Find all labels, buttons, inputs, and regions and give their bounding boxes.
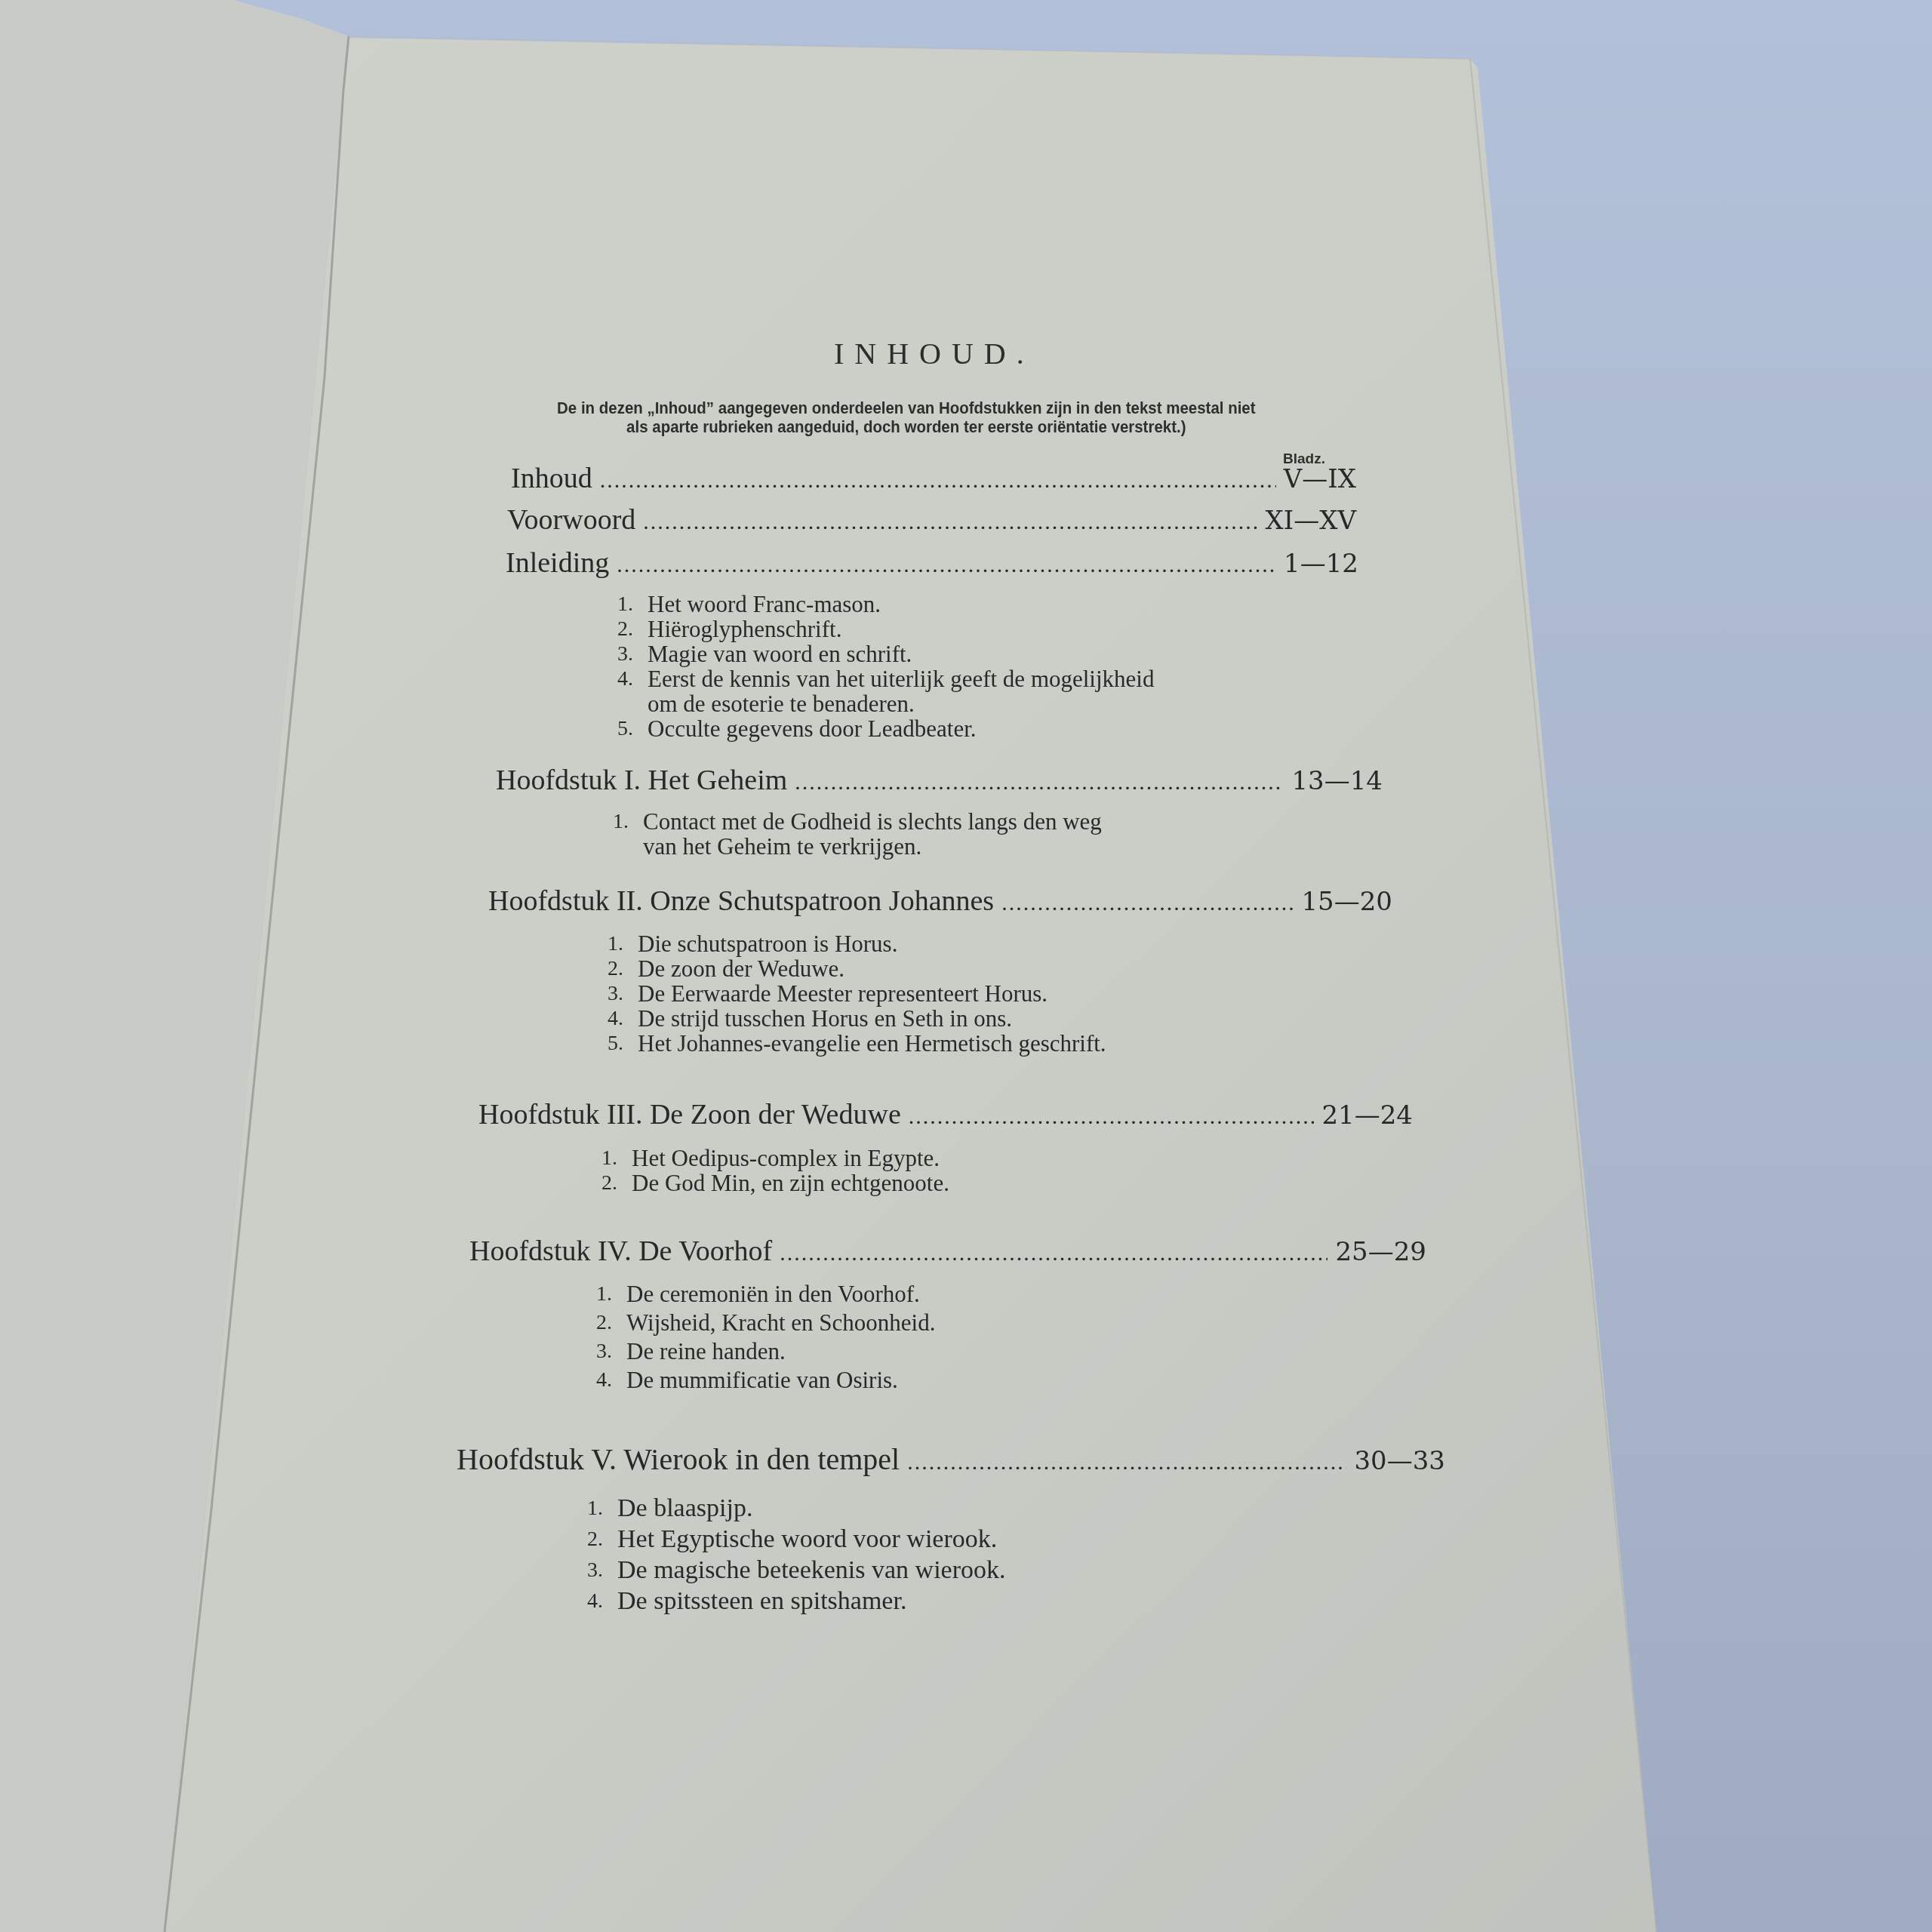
toc-entry-chapter-3: Hoofdstuk III. De Zoon der Weduwe 21—24 <box>478 1098 1413 1131</box>
toc-entry-title: Hoofdstuk II. Onze Schutspatroon Johanne… <box>488 884 994 918</box>
toc-entry-pages: 13—14 <box>1291 766 1383 796</box>
toc-subitem: 3.Magie van woord en schrift. <box>617 641 1154 666</box>
toc-subitem: 1.Het woord Franc-mason. <box>617 592 1154 617</box>
leader-dots <box>909 1104 1315 1130</box>
toc-entry-title: Voorwoord <box>507 503 635 537</box>
table-of-contents: INHOUD. De in dezen „Inhoud” aangegeven … <box>0 0 1932 1932</box>
toc-entry-chapter-5: Hoofdstuk V. Wierook in den tempel 30—33 <box>457 1441 1445 1477</box>
toc-subitems-chapter-5: 1.De blaaspijp. 2.Het Egyptische woord v… <box>587 1493 1006 1617</box>
toc-entry-title: Inleiding <box>506 546 609 580</box>
leader-dots <box>1001 891 1294 916</box>
toc-entry-chapter-4: Hoofdstuk IV. De Voorhof 25—29 <box>469 1235 1426 1268</box>
toc-subitem: 1.De blaaspijp. <box>587 1493 1006 1524</box>
toc-entry-pages: 30—33 <box>1354 1446 1445 1476</box>
intro-note: De in dezen „Inhoud” aangegeven onderdee… <box>513 398 1300 436</box>
toc-subitem: 2.De God Min, en zijn echtgenoote. <box>601 1171 949 1195</box>
toc-entry-title: Inhoud <box>511 462 592 495</box>
toc-subitems-chapter-1: 1.Contact met de Godheid is slechts lang… <box>613 809 1102 859</box>
toc-entry-inleiding: Inleiding 1—12 <box>506 546 1358 580</box>
toc-subitem: 4.Eerst de kennis van het uiterlijk geef… <box>617 666 1154 716</box>
toc-subitem: 3.De Eerwaarde Meester representeert Hor… <box>608 981 1106 1006</box>
page-title: INHOUD. <box>834 336 1035 371</box>
toc-entry-title: Hoofdstuk IV. De Voorhof <box>469 1235 772 1268</box>
leader-dots <box>780 1241 1327 1266</box>
toc-subitem: 1.Die schutspatroon is Horus. <box>608 931 1106 956</box>
toc-subitem: 2.Wijsheid, Kracht en Schoonheid. <box>596 1309 935 1337</box>
toc-subitem: 4.De spitssteen en spitshamer. <box>587 1586 1006 1617</box>
toc-subitem: 4.De mummificatie van Osiris. <box>596 1366 935 1395</box>
toc-subitem: 1.Het Oedipus-complex in Egypte. <box>601 1146 949 1171</box>
toc-entry-voorwoord: Voorwoord XI—XV <box>507 503 1356 537</box>
toc-entry-pages: 21—24 <box>1321 1100 1413 1131</box>
toc-entry-inhoud: Inhoud V—IX <box>511 462 1356 495</box>
intro-note-line-1: De in dezen „Inhoud” aangegeven onderdee… <box>513 398 1300 417</box>
toc-subitem: 5.Het Johannes-evangelie een Hermetisch … <box>608 1031 1106 1056</box>
toc-entry-pages: 15—20 <box>1301 887 1392 917</box>
toc-subitem: 1.De ceremoniën in den Voorhof. <box>596 1280 935 1309</box>
toc-entry-pages: 25—29 <box>1335 1237 1426 1267</box>
leader-dots <box>600 468 1276 494</box>
toc-subitem: 3.De reine handen. <box>596 1337 935 1366</box>
leader-dots <box>795 770 1284 795</box>
leader-dots <box>617 552 1276 578</box>
toc-subitems-chapter-3: 1.Het Oedipus-complex in Egypte. 2.De Go… <box>601 1146 949 1195</box>
intro-note-line-2: als aparte rubrieken aangeduid, doch wor… <box>513 417 1300 436</box>
toc-entry-pages: V—IX <box>1284 464 1356 494</box>
toc-entry-title: Hoofdstuk I. Het Geheim <box>496 764 787 797</box>
toc-subitem: 1.Contact met de Godheid is slechts lang… <box>613 809 1102 859</box>
toc-subitems-inleiding: 1.Het woord Franc-mason. 2.Hiëroglyphens… <box>617 592 1154 741</box>
toc-subitem: 2.Hiëroglyphenschrift. <box>617 617 1154 641</box>
toc-entry-title: Hoofdstuk III. De Zoon der Weduwe <box>478 1098 901 1131</box>
toc-subitem: 5.Occulte gegevens door Leadbeater. <box>617 716 1154 741</box>
leader-dots <box>643 509 1257 535</box>
toc-entry-pages: XI—XV <box>1266 506 1356 536</box>
toc-subitems-chapter-2: 1.Die schutspatroon is Horus. 2.De zoon … <box>608 931 1106 1056</box>
toc-subitems-chapter-4: 1.De ceremoniën in den Voorhof. 2.Wijshe… <box>596 1280 935 1395</box>
toc-entry-pages: 1—12 <box>1284 549 1358 579</box>
toc-subitem: 4.De strijd tusschen Horus en Seth in on… <box>608 1006 1106 1031</box>
toc-entry-chapter-1: Hoofdstuk I. Het Geheim 13—14 <box>496 764 1383 797</box>
toc-subitem: 3.De magische beteekenis van wierook. <box>587 1555 1006 1586</box>
toc-entry-title: Hoofdstuk V. Wierook in den tempel <box>457 1441 900 1477</box>
toc-entry-chapter-2: Hoofdstuk II. Onze Schutspatroon Johanne… <box>488 884 1392 918</box>
toc-subitem: 2.De zoon der Weduwe. <box>608 956 1106 981</box>
toc-subitem: 2.Het Egyptische woord voor wierook. <box>587 1524 1006 1555</box>
leader-dots <box>907 1450 1346 1475</box>
